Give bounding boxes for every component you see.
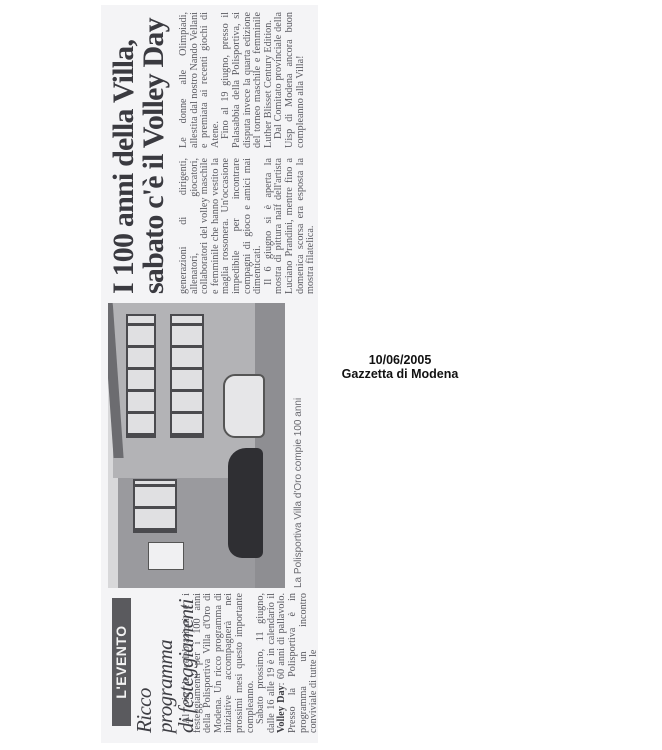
sidebar-paragraph: Al via le celebrazioni e i festeggiament… — [182, 593, 256, 733]
photo-window — [170, 314, 204, 438]
section-label: L'EVENTO — [112, 598, 131, 726]
headline-line-1: I 100 anni della Villa, — [109, 8, 139, 294]
newspaper-clipping: L'EVENTO Ricco programma di festeggiamen… — [101, 5, 318, 743]
photo-window — [126, 314, 156, 438]
event-sidebar: L'EVENTO Ricco programma di festeggiamen… — [106, 593, 316, 739]
article-column-2: Le donne alle Olimpiadi, allestita dal n… — [179, 12, 306, 148]
publication-date: 10/06/2005 — [330, 353, 470, 367]
headline-line-2: sabato c'è il Volley Day — [139, 8, 169, 294]
photo-caption: La Polisportiva Villa d'Oro compie 100 a… — [293, 303, 305, 588]
building-photo — [108, 303, 285, 588]
photo-sign — [148, 542, 184, 570]
article-paragraph: generazioni di dirigenti, allenatori, gi… — [179, 158, 264, 294]
sidebar-paragraph: Sabato prossimo, 11 giugno, dalle 16 all… — [256, 593, 320, 733]
photo-car-dark — [228, 448, 263, 558]
sidebar-body: Al via le celebrazioni e i festeggiament… — [182, 593, 320, 733]
sidebar-title-line-1: Ricco programma — [134, 593, 176, 733]
article-paragraph: Le donne alle Olimpiadi, allestita dal n… — [179, 12, 221, 148]
headline: I 100 anni della Villa, sabato c'è il Vo… — [109, 8, 169, 294]
photo-section: La Polisportiva Villa d'Oro compie 100 a… — [101, 296, 318, 588]
photo-car-light — [223, 374, 265, 438]
volley-day-emphasis: Volley Day — [276, 685, 287, 733]
publication-name: Gazzetta di Modena — [330, 367, 470, 381]
source-caption: 10/06/2005 Gazzetta di Modena — [330, 353, 470, 381]
main-article: I 100 anni della Villa, sabato c'è il Vo… — [101, 8, 318, 298]
sidebar-text: Sabato prossimo, 11 giugno, dalle 16 all… — [255, 593, 277, 733]
photo-window — [133, 479, 177, 533]
article-column-1: generazioni di dirigenti, allenatori, gi… — [179, 158, 317, 294]
article-paragraph: Dal Comitato provinciale della Uisp di M… — [274, 12, 306, 148]
article-paragraph: Il 6 giugno si è aperta la mostra di pit… — [264, 158, 317, 294]
article-paragraph: Fino al 19 giugno, presso il Palasabbia … — [221, 12, 274, 148]
